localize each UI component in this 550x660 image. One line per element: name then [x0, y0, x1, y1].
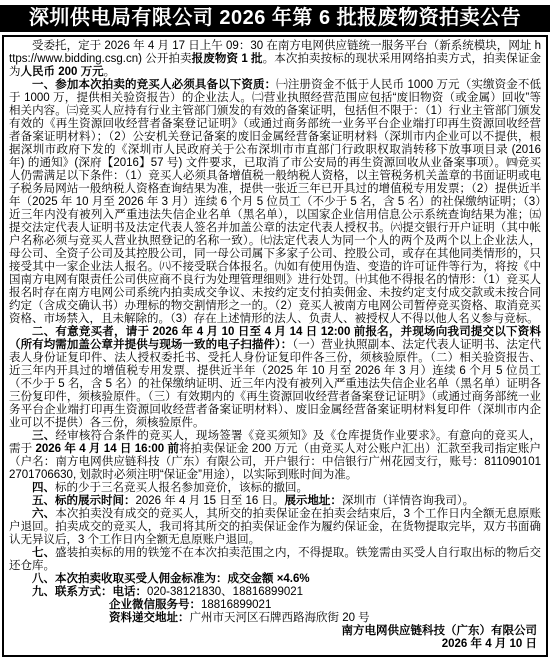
contact-wechat-line-segment: 18816899021 — [201, 599, 271, 611]
section-2-registration: 二、有意竞买者，请于 2026 年 4 月 10 日至 4 月 14 日 12:… — [9, 326, 541, 430]
auction-notice-page: { "page": { "title": "深圳供电局有限公司 2026 年第 … — [0, 0, 550, 660]
signature-date: 2026 年 4 月 10 日 — [9, 638, 541, 651]
section-1-qualifications-segment: 一、参加本次拍卖的竞买人必须具备以下资质： — [32, 79, 276, 91]
section-1-qualifications: 一、参加本次拍卖的竞买人必须具备以下资质：㈠注册资金不低于人民币 1000 万元… — [9, 79, 541, 326]
contact-wechat-line: 企业微信服务号：18816899021 — [109, 599, 541, 612]
section-5-exhibition-segment: 五、标的展示时间： — [32, 495, 136, 507]
intro-paragraph-segment: 。 — [104, 66, 116, 78]
section-6-refund-segment: 本次拍卖没有成交的竞买人，其所交的拍卖保证金在拍卖会结束后，3 个工作日内全额无… — [9, 508, 541, 546]
section-7-iron-cage-segment: 七、 — [32, 547, 55, 559]
section-2-registration-segment: （一）营业执照副本、法定代表人证明书、法定代表人身份证复印件、法人授权委托书、受… — [9, 339, 541, 429]
signature-date-segment: 2026 年 4 月 10 日 — [442, 638, 537, 650]
section-5-exhibition: 五、标的展示时间：2026 年 4 月 15 日至 16 日。展示地址：深圳市（… — [9, 495, 541, 508]
page-title: 深圳供电局有限公司 2026 年第 6 批报废物资拍卖公告 — [0, 5, 550, 32]
section-8-commission-segment: 八、本次拍卖收取买受人佣金标准为： — [32, 573, 228, 585]
contact-address-line-segment: 资料递交地址： — [109, 612, 190, 624]
section-3-deposit-segment: 2026 年 4 月 14 日 16:00 前 — [35, 443, 179, 455]
section-8-commission-segment: 成交金额 ×4.6% — [228, 573, 310, 585]
section-9-contact-phone-segment: 020-38121830、18816899021 — [147, 586, 303, 598]
section-8-commission: 八、本次拍卖收取买受人佣金标准为：成交金额 ×4.6% — [9, 573, 541, 586]
section-5-exhibition-segment: 展示地址： — [284, 495, 342, 507]
signature-company: 南方电网供应链科技（广东）有限公司 — [9, 625, 541, 638]
section-9-contact-phone: 九、联系方式：电话：020-38121830、18816899021 — [9, 586, 541, 599]
section-9-contact-phone-segment: 九、联系方式：电话： — [32, 586, 147, 598]
section-3-deposit-segment: 三、 — [32, 430, 55, 442]
contact-address-line-segment: 广州市天河区石牌西路海欣街 20 号 — [190, 612, 370, 624]
intro-paragraph-segment: 报废物资 1 批 — [192, 53, 263, 65]
section-7-iron-cage: 七、盛装拍卖标的用的铁笼不在本次拍卖范围之内，不得提取。铁笼需由买受人自行取出标… — [9, 547, 541, 573]
section-6-refund-segment: 六、 — [32, 508, 55, 520]
section-5-exhibition-segment: 深圳市（详情咨询我司）。 — [342, 495, 474, 507]
document-body: 受委托，定于 2026 年 4 月 17 日上午 09：30 在南方电网供应链统… — [2, 35, 548, 657]
section-4-withdrawal-segment: 四、 — [32, 482, 55, 494]
section-1-qualifications-segment: ㈠注册资金不低于人民币 1000 万元（实缴资金不低于 1000 万，提供相关验… — [9, 79, 541, 325]
section-5-exhibition-segment: 2026 年 4 月 15 日至 16 日。 — [136, 495, 285, 507]
section-4-withdrawal: 四、标的少于三名竞买人报名参加竞价，该标的撤回。 — [9, 482, 541, 495]
intro-paragraph-segment: 人民币 200 万元 — [21, 66, 104, 78]
section-6-refund: 六、本次拍卖没有成交的竞买人，其所交的拍卖保证金在拍卖会结束后，3 个工作日内全… — [9, 508, 541, 547]
contact-wechat-line-segment: 企业微信服务号： — [109, 599, 201, 611]
section-3-deposit: 三、经审核符合条件的竞买人，现场签署《竞买须知》及《仓库提货作业要求》。有意向的… — [9, 430, 541, 482]
signature-company-segment: 南方电网供应链科技（广东）有限公司 — [342, 625, 538, 637]
intro-paragraph: 受委托，定于 2026 年 4 月 17 日上午 09：30 在南方电网供应链统… — [9, 40, 541, 79]
contact-address-line: 资料递交地址：广州市天河区石牌西路海欣街 20 号 — [109, 612, 541, 625]
section-7-iron-cage-segment: 盛装拍卖标的用的铁笼不在本次拍卖范围之内，不得提取。铁笼需由买受人自行取出标的物… — [9, 547, 541, 572]
section-4-withdrawal-segment: 标的少于三名竞买人报名参加竞价，该标的撤回。 — [55, 482, 308, 494]
